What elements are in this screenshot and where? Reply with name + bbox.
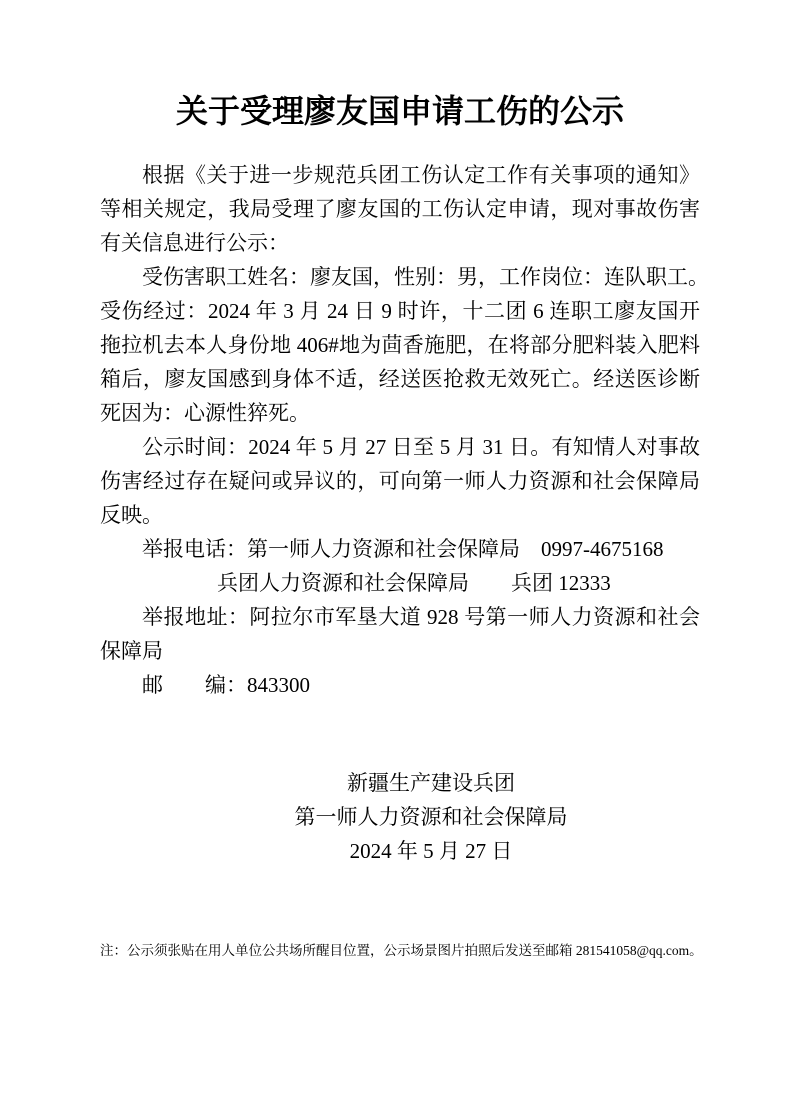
signature-org: 新疆生产建设兵团 [261,766,601,800]
body-line: 根据《关于进一步规范兵团工伤认定工作有关事项的通知》 [100,158,700,192]
body-line: 伤害经过存在疑问或异议的，可向第一师人力资源和社会保障局 [100,464,700,498]
address-line: 举报地址：阿拉尔市军垦大道 928 号第一师人力资源和社会 [100,600,700,634]
signature-date: 2024 年 5 月 27 日 [261,834,601,868]
body-line: 有关信息进行公示： [100,226,700,260]
body-line: 受伤经过：2024 年 3 月 24 日 9 时许，十二团 6 连职工廖友国开 [100,294,700,328]
phone-line-1: 举报电话：第一师人力资源和社会保障局 0997-4675168 [100,532,700,566]
body-line: 反映。 [100,498,700,532]
body-line: 受伤害职工姓名：廖友国，性别：男，工作岗位：连队职工。 [100,260,700,294]
body-line: 公示时间：2024 年 5 月 27 日至 5 月 31 日。有知情人对事故 [100,430,700,464]
footnote: 注：公示须张贴在用人单位公共场所醒目位置，公示场景图片拍照后发送至邮箱 2815… [100,940,700,962]
document-body: 根据《关于进一步规范兵团工伤认定工作有关事项的通知》 等相关规定，我局受理了廖友… [100,158,700,702]
address-line: 保障局 [100,634,700,668]
signature-block: 新疆生产建设兵团 第一师人力资源和社会保障局 2024 年 5 月 27 日 [261,766,601,868]
body-line: 拖拉机去本人身份地 406#地为茴香施肥，在将部分肥料装入肥料 [100,328,700,362]
body-line: 等相关规定，我局受理了廖友国的工伤认定申请，现对事故伤害 [100,192,700,226]
document-title: 关于受理廖友国申请工伤的公示 [100,90,700,132]
body-line: 箱后，廖友国感到身体不适，经送医抢救无效死亡。经送医诊断 [100,362,700,396]
document-page: 关于受理廖友国申请工伤的公示 根据《关于进一步规范兵团工伤认定工作有关事项的通知… [0,0,794,1108]
signature-bureau: 第一师人力资源和社会保障局 [261,800,601,834]
phone-line-2: 兵团人力资源和社会保障局 兵团 12333 [100,566,700,600]
body-line: 死因为：心源性猝死。 [100,396,700,430]
postcode-line: 邮 编：843300 [100,668,700,702]
